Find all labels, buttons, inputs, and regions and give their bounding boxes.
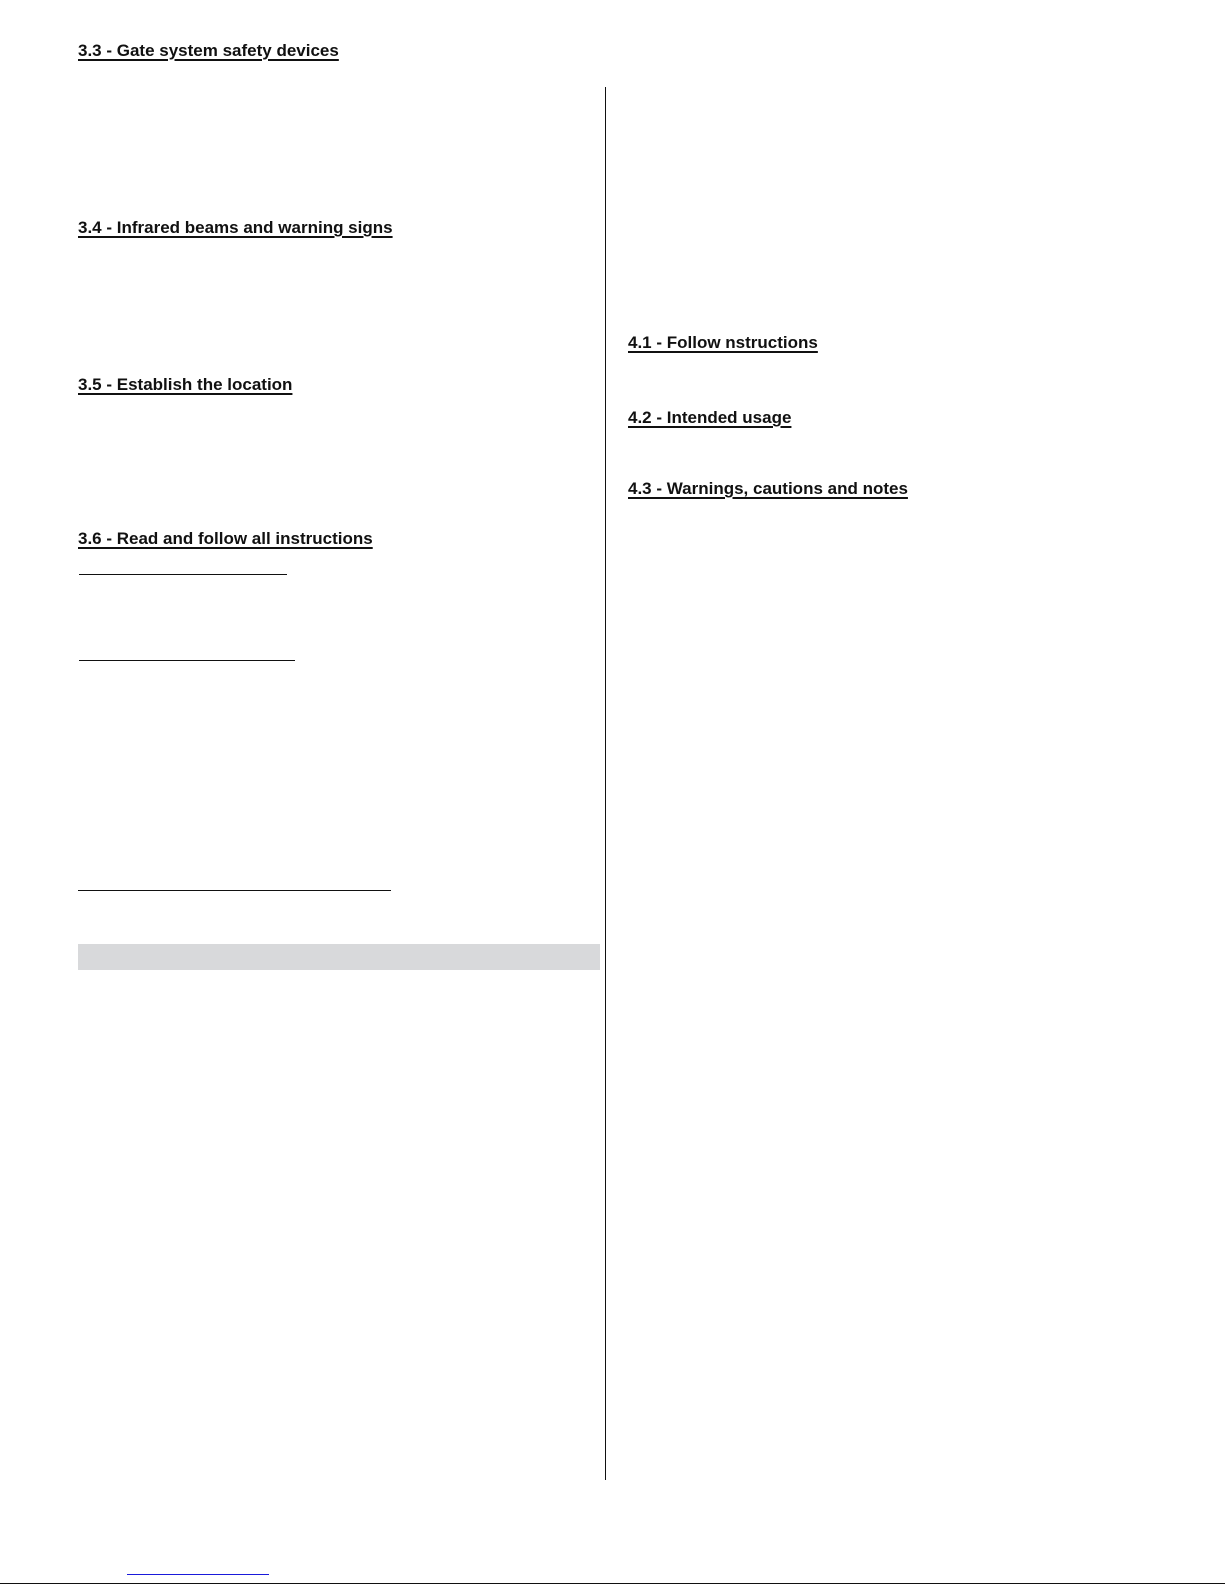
page-bottom-rule (0, 1583, 1225, 1584)
heading-3-6-read-follow-instructions: 3.6 - Read and follow all instructions (78, 529, 373, 549)
underline-rule (79, 660, 295, 661)
shaded-banner (78, 944, 600, 970)
footer-link[interactable] (127, 1574, 269, 1575)
heading-3-4-infrared-beams: 3.4 - Infrared beams and warning signs (78, 218, 393, 238)
heading-3-3-gate-system-safety-devices: 3.3 - Gate system safety devices (78, 41, 339, 61)
heading-4-1-follow-instructions: 4.1 - Follow nstructions (628, 333, 818, 353)
underline-rule (79, 574, 287, 575)
heading-4-3-warnings-cautions-notes: 4.3 - Warnings, cautions and notes (628, 479, 908, 499)
underline-rule (78, 890, 391, 891)
heading-3-5-establish-location: 3.5 - Establish the location (78, 375, 292, 395)
heading-4-2-intended-usage: 4.2 - Intended usage (628, 408, 791, 428)
column-divider (605, 87, 606, 1480)
